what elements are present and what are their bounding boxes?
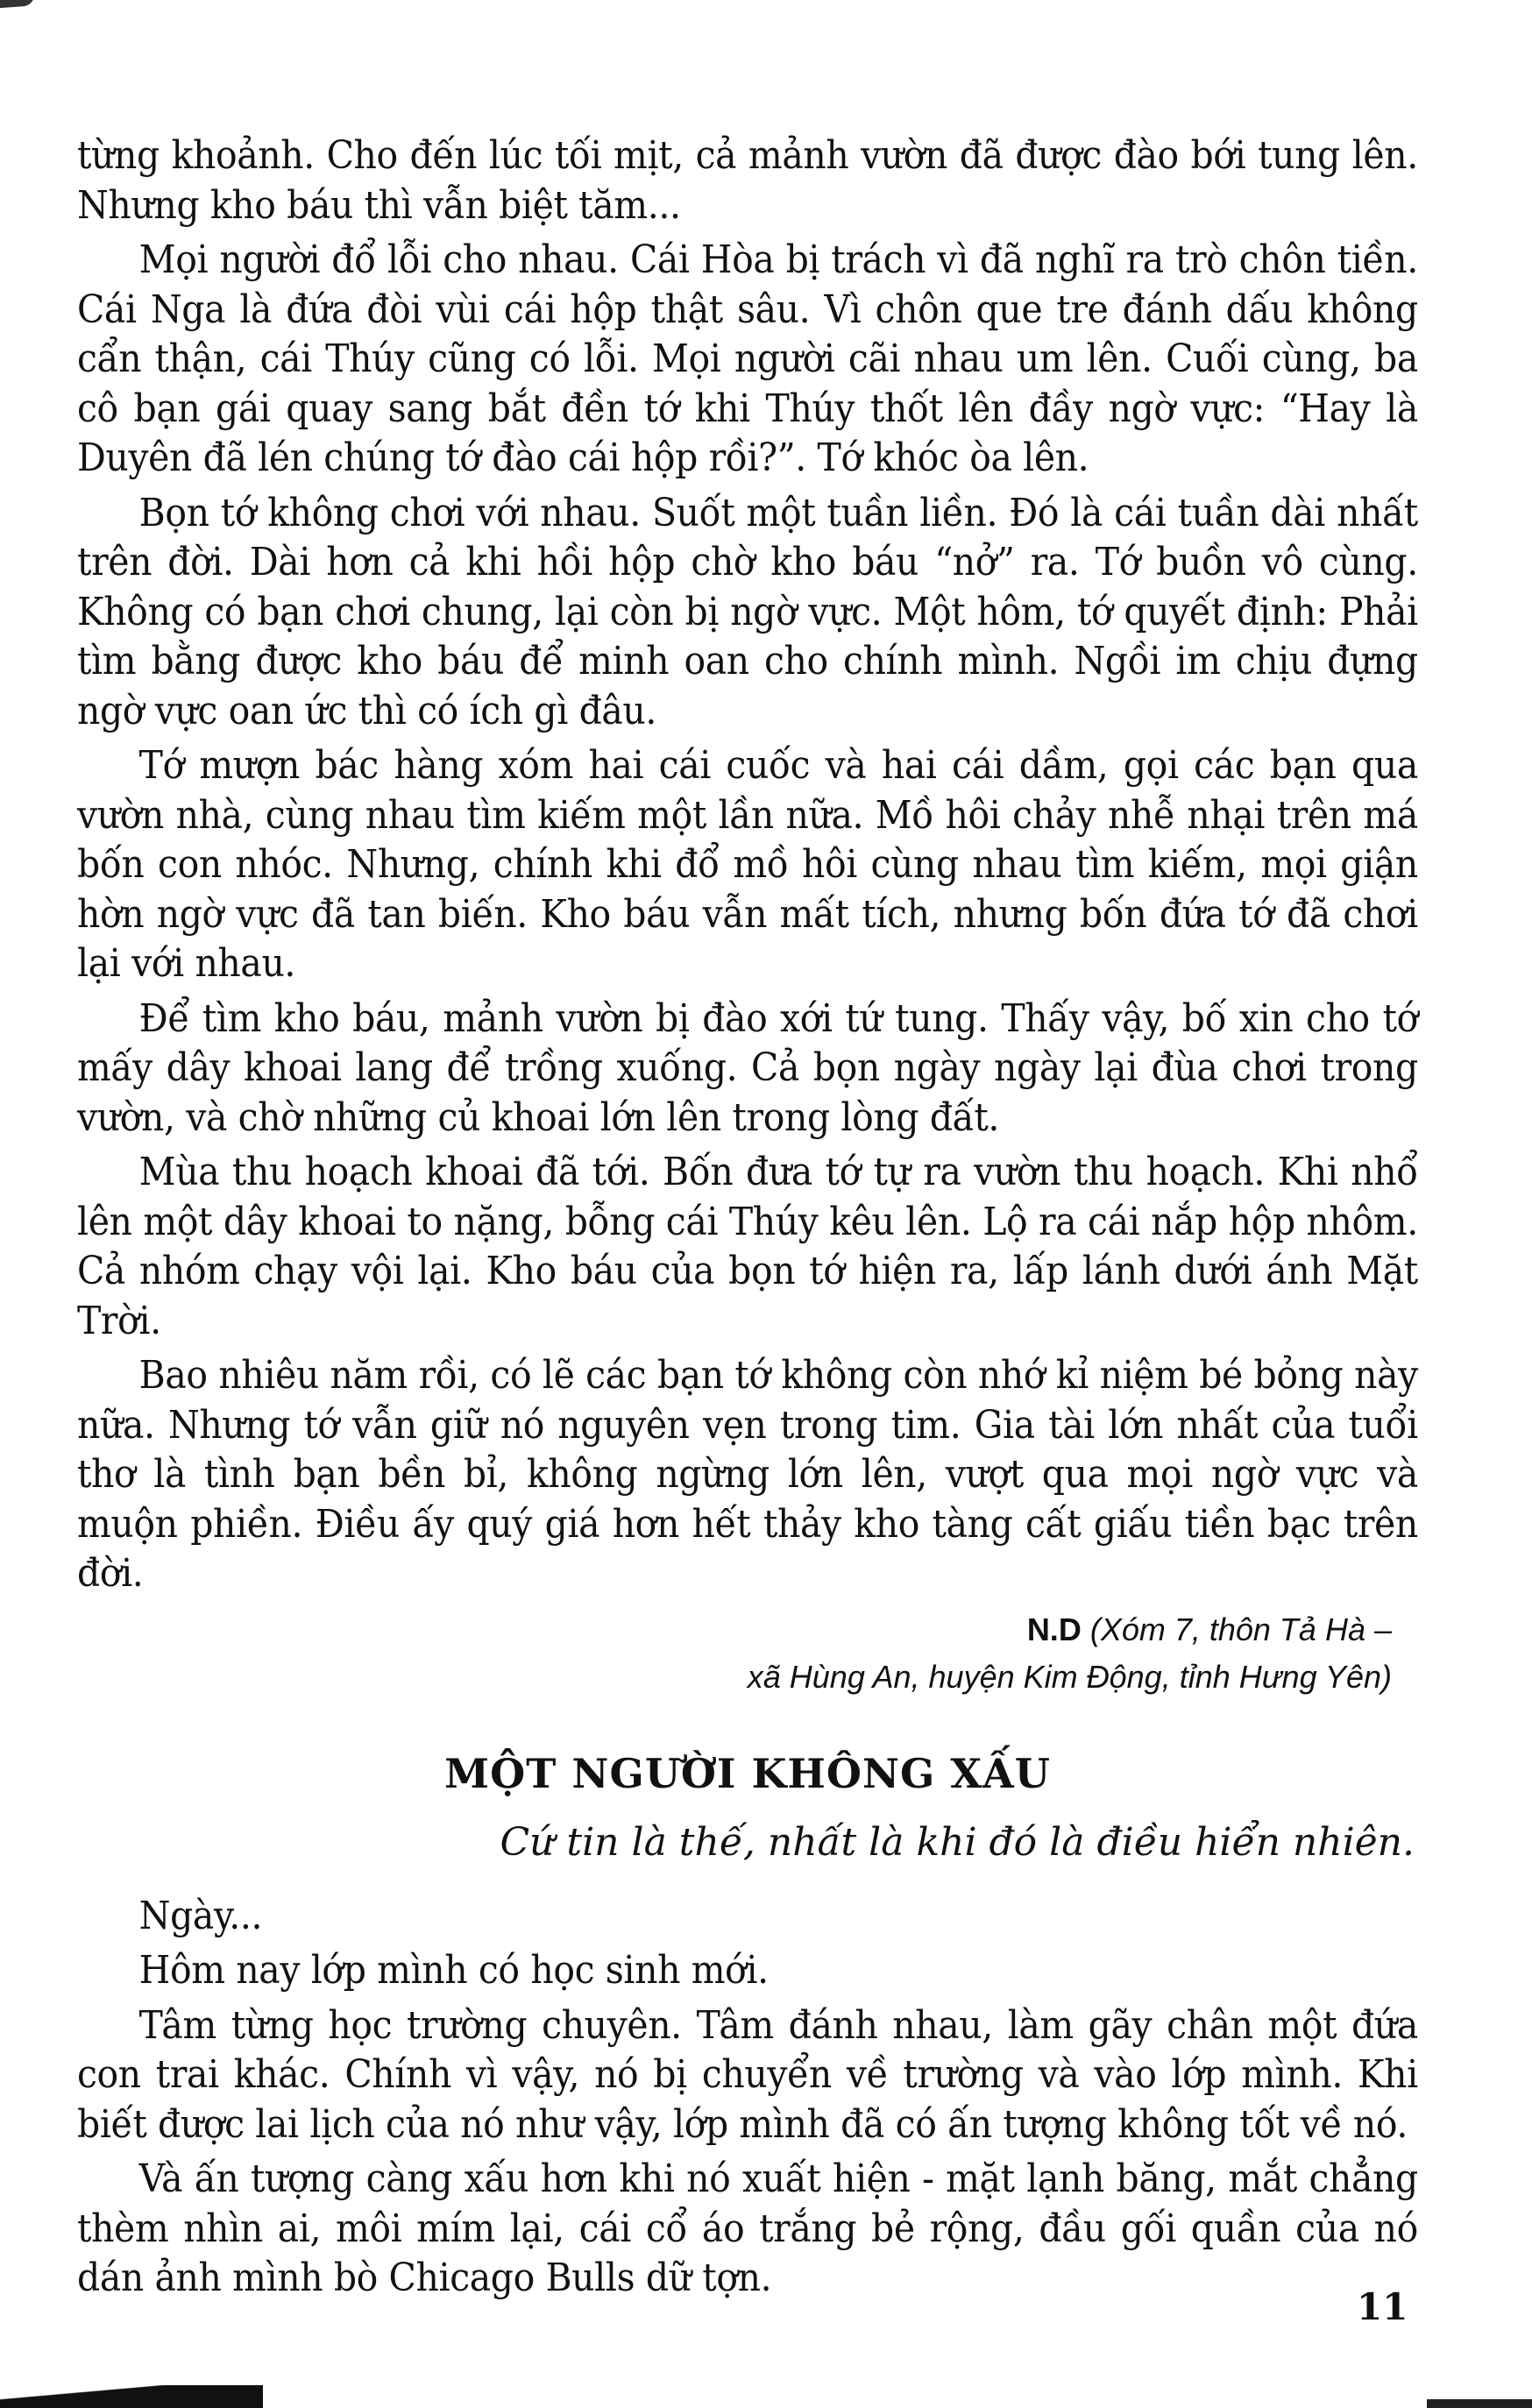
paragraph: Ngày...: [77, 1892, 1418, 1942]
paragraph: Tâm từng học trường chuyên. Tâm đánh nha…: [77, 2001, 1418, 2150]
scan-artifact-edge: [1427, 2399, 1532, 2408]
author-signature: N.D (Xóm 7, thôn Tả Hà – xã Hùng An, huy…: [77, 1606, 1418, 1701]
story-body-1: từng khoảnh. Cho đến lúc tối mịt, cả mản…: [77, 131, 1418, 1599]
paragraph: từng khoảnh. Cho đến lúc tối mịt, cả mản…: [77, 131, 1418, 230]
paragraph: Bọn tớ không chơi với nhau. Suốt một tuầ…: [77, 489, 1418, 737]
paragraph: Mọi người đổ lỗi cho nhau. Cái Hòa bị tr…: [77, 236, 1418, 484]
story-body-2: Ngày... Hôm nay lớp mình có học sinh mới…: [77, 1892, 1418, 2304]
paragraph: Và ấn tượng càng xấu hơn khi nó xuất hiệ…: [77, 2155, 1418, 2304]
story-title: MỘT NGƯỜI KHÔNG XẤU: [77, 1750, 1418, 1797]
paragraph: Hôm nay lớp mình có học sinh mới.: [77, 1946, 1418, 1996]
book-page: từng khoảnh. Cho đến lúc tối mịt, cả mản…: [77, 131, 1418, 2309]
author-address-line2: xã Hùng An, huyện Kim Động, tỉnh Hưng Yê…: [77, 1654, 1392, 1701]
paragraph: Để tìm kho báu, mảnh vườn bị đào xới tứ …: [77, 995, 1418, 1144]
author-name: N.D: [1027, 1611, 1082, 1647]
paragraph: Tớ mượn bác hàng xóm hai cái cuốc và hai…: [77, 741, 1418, 989]
paragraph: Mùa thu hoạch khoai đã tới. Bốn đưa tớ t…: [77, 1148, 1418, 1346]
author-address-line1: (Xóm 7, thôn Tả Hà –: [1090, 1611, 1392, 1647]
scan-artifact-edge: [0, 2385, 263, 2408]
paragraph: Bao nhiêu năm rồi, có lẽ các bạn tớ khôn…: [77, 1351, 1418, 1599]
page-number: 11: [1357, 2285, 1408, 2328]
story-epigraph: Cứ tin là thế, nhất là khi đó là điều hi…: [77, 1817, 1418, 1869]
scan-artifact-corner: [0, 0, 35, 9]
